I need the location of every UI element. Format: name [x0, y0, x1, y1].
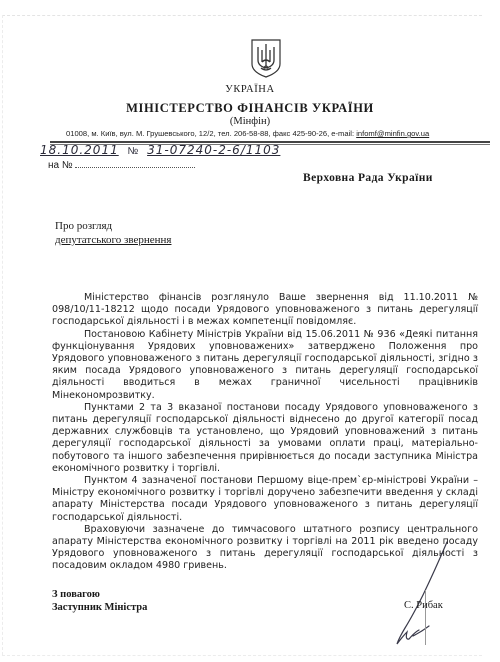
- reply-blank: [75, 158, 195, 168]
- body-paragraph: Постановою Кабінету Міністрів України ві…: [52, 329, 478, 402]
- email-link[interactable]: infomf@minfin.gov.ua: [356, 129, 429, 138]
- registration-number: 31-07240-2-6/1103: [147, 143, 280, 157]
- signature-divider: [425, 590, 426, 645]
- ministry-name: МІНІСТЕРСТВО ФІНАНСІВ УКРАЇНИ: [0, 101, 500, 116]
- body-paragraph: Пунктом 4 зазначеної постанови Першому в…: [52, 475, 478, 524]
- letter-body: Міністерство фінансів розглянуло Ваше зв…: [52, 292, 478, 573]
- recipient: Верховна Рада України: [303, 172, 433, 184]
- country-name: УКРАЇНА: [0, 84, 500, 95]
- subject-line-2: депутатського звернення: [55, 233, 171, 247]
- reply-label: на №: [48, 160, 73, 171]
- ministry-abbreviation: (Мінфін): [0, 116, 500, 127]
- signer-name: С. Рибак: [404, 600, 443, 611]
- body-paragraph: Пунктами 2 та 3 вказаної постанови посад…: [52, 402, 478, 475]
- letterhead-address: 01008, м. Київ, вул. М. Грушевського, 12…: [66, 129, 429, 138]
- regards: З повагою: [52, 588, 147, 601]
- closing-block: З повагою Заступник Міністра: [52, 588, 147, 614]
- subject-line-1: Про розгляд: [55, 219, 171, 233]
- address-text: 01008, м. Київ, вул. М. Грушевського, 12…: [66, 129, 356, 138]
- number-label: №: [128, 146, 139, 157]
- registration-line: 18.10.2011 № 31-07240-2-6/1103: [40, 143, 280, 157]
- page-edge: [2, 655, 482, 656]
- registration-date: 18.10.2011: [40, 143, 119, 157]
- reply-reference: на №: [48, 158, 195, 171]
- page-edge: [2, 15, 482, 16]
- signer-position: Заступник Міністра: [52, 601, 147, 614]
- subject: Про розгляд депутатського звернення: [55, 219, 171, 247]
- body-paragraph: Міністерство фінансів розглянуло Ваше зв…: [52, 292, 478, 329]
- trident-coat-of-arms-icon: [250, 38, 282, 78]
